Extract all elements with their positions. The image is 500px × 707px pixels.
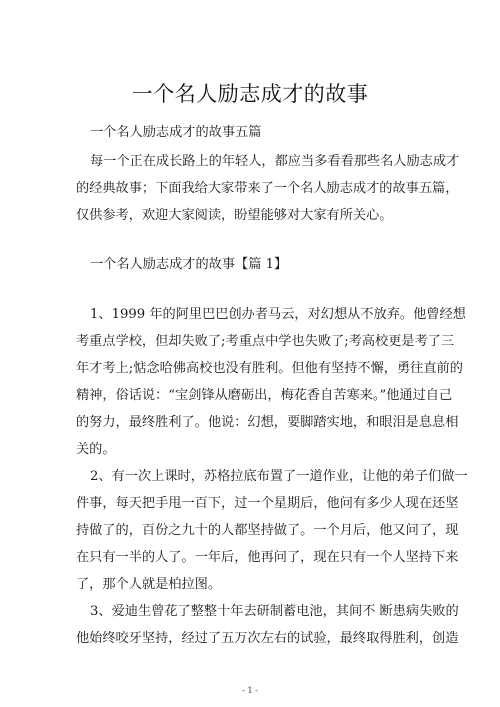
story2-line: 件事，每天把手甩一百下，过一个星期后，他问有多少人现在还坚 — [76, 496, 424, 512]
story2-line: 在只有一半的人了。一年后，他再问了，现在只有一个人坚持下来 — [76, 550, 424, 566]
page-number: - 1 - — [0, 686, 500, 695]
story2-line: 2、有一次上课时，苏格拉底布置了一道作业，让他的弟子们做一 — [90, 469, 424, 485]
story3-line: 3、爱迪生曾花了整整十年去研制蓄电池，其间不 断患病失败的 — [90, 604, 424, 620]
story1-line: 考重点学校，但却失败了;考重点中学也失败了;考高校更是考了三 — [76, 334, 424, 350]
story3-line: 他始终咬牙坚持，经过了五万次左右的试验，最终取得胜利，创造 — [76, 631, 424, 647]
intro-line: 的经典故事；下面我给大家带来了一个名人励志成才的故事五篇， — [76, 181, 424, 197]
story1-line: 精神，俗话说：“宝剑锋从磨砺出，梅花香自苦寒来。”他通过自己 — [76, 388, 424, 404]
intro-line: 仅供参考，欢迎大家阅读，盼望能够对大家有所关心。 — [76, 208, 424, 224]
intro-line: 每一个正在成长路上的年轻人，都应当多看看那些名人励志成才 — [90, 154, 424, 170]
story1-line: 年才考上;惦念哈佛高校也没有胜利。但他有坚持不懈，勇往直前的 — [76, 361, 424, 377]
document-title: 一个名人励志成才的故事 — [0, 78, 500, 108]
subtitle: 一个名人励志成才的故事五篇 — [90, 125, 424, 141]
document-page: 一个名人励志成才的故事 一个名人励志成才的故事五篇 每一个正在成长路上的年轻人，… — [0, 0, 500, 707]
story2-line: 了，那个人就是柏拉图。 — [76, 577, 424, 593]
story1-line: 1、1999 年的阿里巴巴创办者马云，对幻想从不放弃。他曾经想 — [90, 307, 424, 323]
story2-line: 持做了的，百份之九十的人都坚持做了。一个月后，他又问了，现 — [76, 523, 424, 539]
story1-line: 的努力，最终胜利了。他说：幻想，要脚踏实地，和眼泪是息息相 — [76, 415, 424, 431]
section-heading: 一个名人励志成才的故事【篇 1】 — [90, 257, 424, 273]
story1-line: 关的。 — [76, 442, 424, 458]
